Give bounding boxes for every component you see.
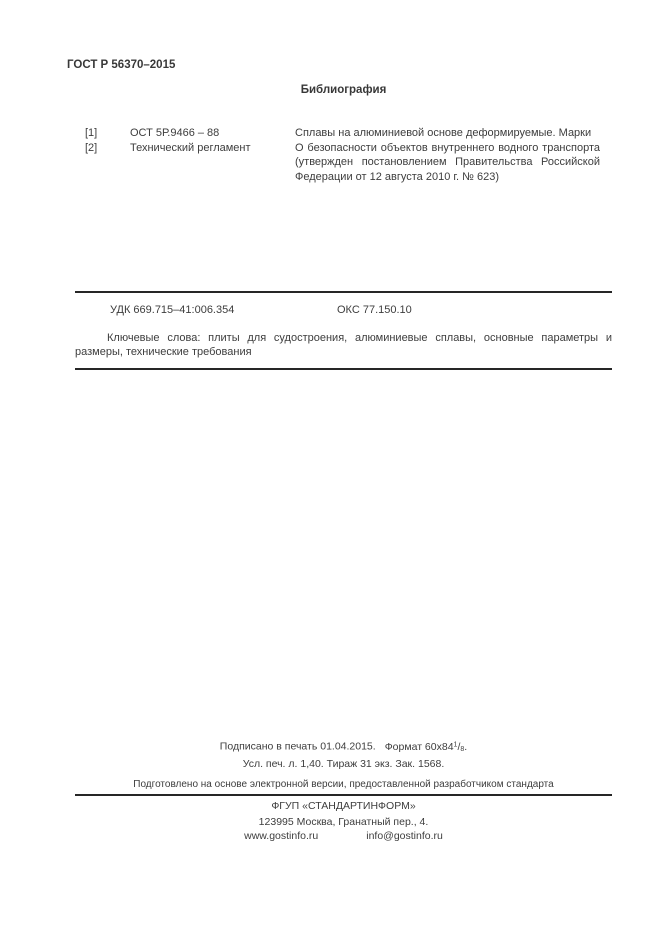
bibliography-entry-ref: Технический регламент [130, 141, 295, 156]
horizontal-rule-footer [75, 794, 612, 796]
imprint-line-print-run: Усл. печ. л. 1,40. Тираж 31 экз. Зак. 15… [75, 757, 612, 771]
publisher-name: ФГУП «СТАНДАРТИНФОРМ» [75, 800, 612, 812]
doc-code: ГОСТ Р 56370–2015 [67, 59, 175, 71]
bibliography-list: [1] ОСТ 5Р.9466 – 88 Сплавы на алюминиев… [85, 126, 615, 184]
bibliography-entry-label: [2] [85, 141, 130, 156]
imprint-line-signed: Подписано в печать 01.04.2015.Формат 60х… [75, 738, 612, 757]
publisher-email: info@gostinfo.ru [366, 830, 443, 842]
bibliography-entry: [2] Технический регламент О безопасности… [85, 141, 615, 185]
bibliography-entry-description: Сплавы на алюминиевой основе деформируем… [295, 126, 600, 141]
document-page: ГОСТ Р 56370–2015 Библиография [1] ОСТ 5… [0, 0, 661, 936]
imprint-format: Формат 60х841/8. [385, 741, 467, 753]
publisher-website: www.gostinfo.ru [244, 830, 318, 842]
horizontal-rule-middle [75, 368, 612, 370]
horizontal-rule-top [75, 291, 612, 293]
imprint-signed-date: Подписано в печать 01.04.2015. [220, 741, 376, 753]
prepared-note: Подготовлено на основе электронной верси… [75, 779, 612, 790]
classification-row: УДК 669.715–41:006.354 ОКС 77.150.10 [75, 304, 612, 318]
section-title: Библиография [75, 84, 612, 96]
bibliography-entry-label: [1] [85, 126, 130, 141]
bibliography-entry-ref: ОСТ 5Р.9466 – 88 [130, 126, 295, 141]
imprint-block: Подписано в печать 01.04.2015.Формат 60х… [75, 738, 612, 771]
imprint-format-period: . [464, 741, 467, 753]
publisher-address: 123995 Москва, Гранатный пер., 4. [75, 816, 612, 828]
imprint-format-prefix: Формат 60х84 [385, 741, 454, 753]
bibliography-entry: [1] ОСТ 5Р.9466 – 88 Сплавы на алюминиев… [85, 126, 615, 141]
oks-code: ОКС 77.150.10 [337, 304, 412, 316]
keywords-paragraph: Ключевые слова: плиты для судостроения, … [75, 331, 612, 359]
udk-code: УДК 669.715–41:006.354 [110, 304, 234, 316]
publisher-contacts: www.gostinfo.ru info@gostinfo.ru [75, 830, 612, 842]
bibliography-entry-description: О безопасности объектов внутреннего водн… [295, 141, 600, 185]
